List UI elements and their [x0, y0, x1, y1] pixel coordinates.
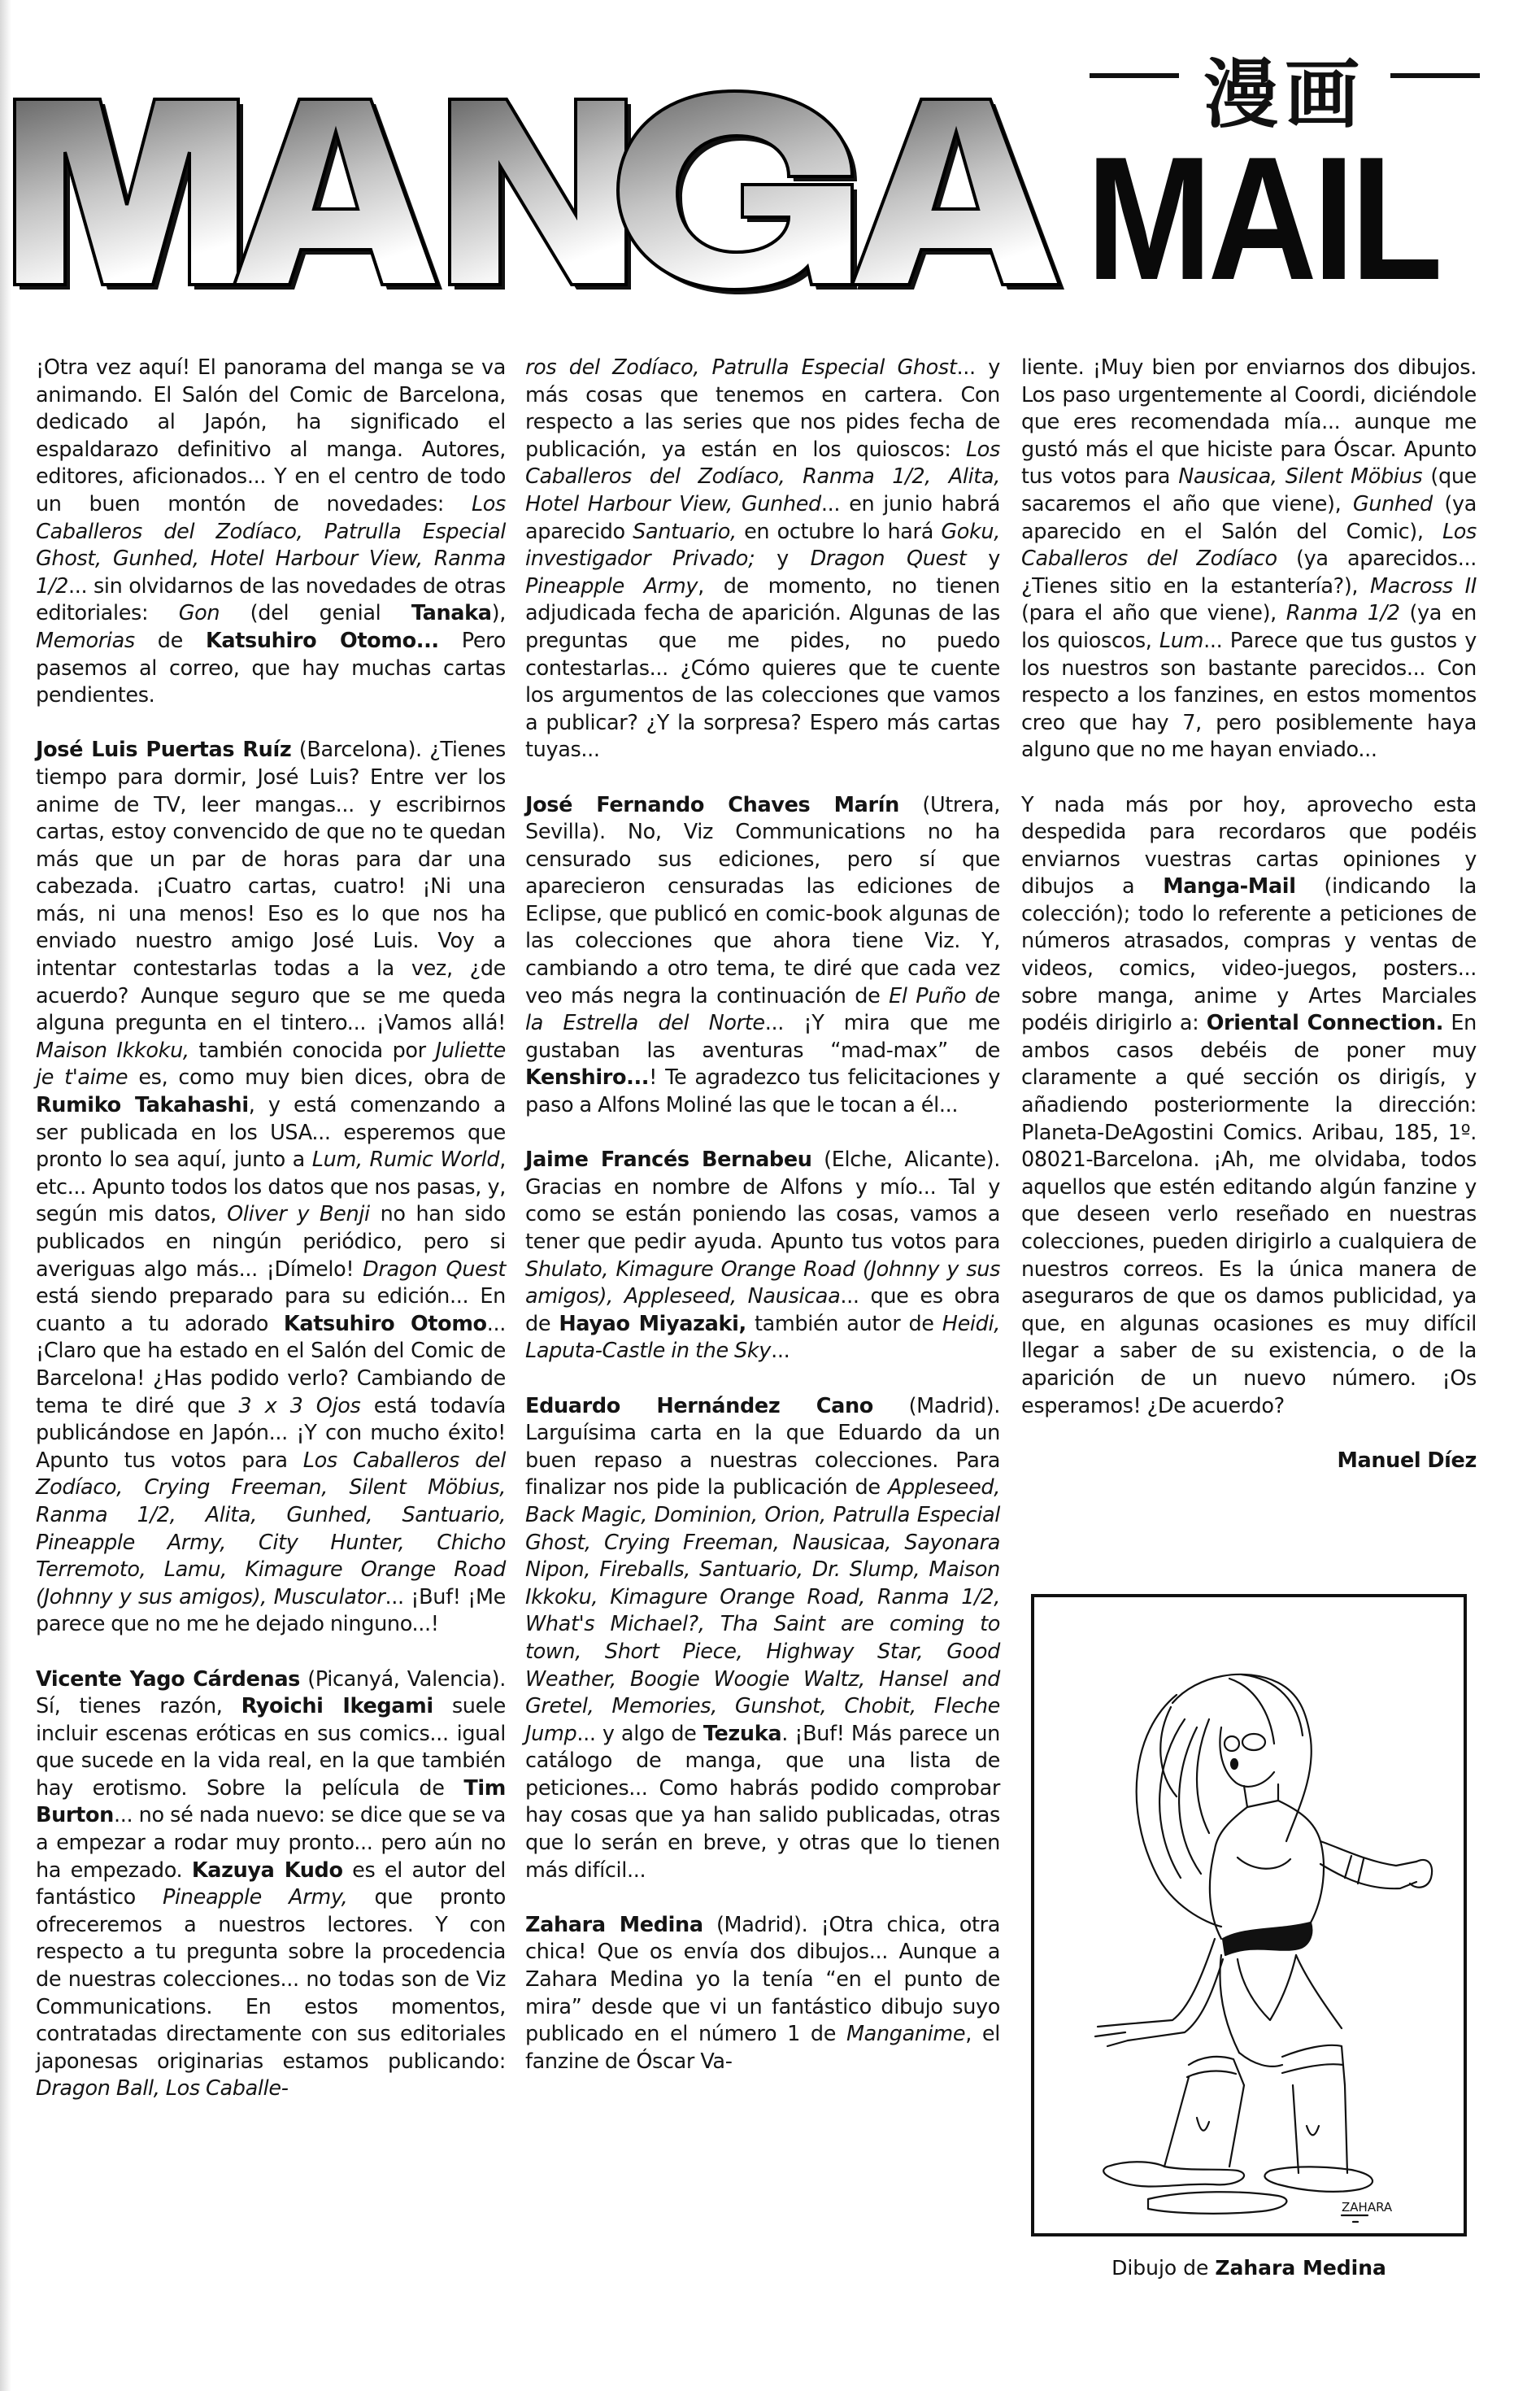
italic-title: Pineapple Army: [525, 574, 698, 599]
bold-name: Kazuya Kudo: [192, 1858, 343, 1883]
caption-artist-name: Zahara Medina: [1215, 2256, 1386, 2280]
reader-drawing: ZAHARA: [1031, 1594, 1467, 2236]
body-text: es, como muy bien dices, obra de: [128, 1065, 506, 1090]
body-text: (para el año que viene),: [1021, 601, 1286, 625]
body-text: ...: [771, 1339, 790, 1363]
italic-title: Nausicaa, Silent Möbius: [1178, 464, 1422, 489]
scan-edge-shadow: [0, 0, 11, 2391]
italic-title: Appleseed, Back Magic, Dominion, Orion, …: [525, 1475, 1000, 1745]
bold-name: Eduardo Hernández Cano: [525, 1394, 873, 1418]
column-3: liente. ¡Muy bien por enviarnos dos dibu…: [1021, 355, 1477, 1502]
column-1: ¡Otra vez aquí! El panorama del manga se…: [36, 355, 506, 2131]
author-signature: Manuel Díez: [1021, 1448, 1477, 1475]
letter-paragraph: José Fernando Chaves Marín (Utrera, Sevi…: [525, 792, 1000, 1120]
italic-title: ros del Zodíaco, Patrulla Especial Ghost: [525, 355, 957, 380]
manga-title-graphic: MANGA: [7, 75, 1072, 294]
bold-name: José Luis Puertas Ruíz: [36, 738, 291, 762]
body-text: (Utrera, Sevilla). No, Viz Communication…: [525, 793, 1000, 1008]
bold-name: Jaime Francés Bernabeu: [525, 1148, 812, 1172]
bold-name: Tanaka: [411, 601, 492, 625]
bold-name: Zahara Medina: [525, 1913, 703, 1937]
bold-name: Hayao Miyazaki,: [559, 1312, 746, 1336]
bold-name: Vicente Yago Cárdenas: [36, 1667, 300, 1692]
italic-title: Dragon Quest: [811, 547, 967, 571]
intro-paragraph: ¡Otra vez aquí! El panorama del manga se…: [36, 355, 506, 710]
letter-paragraph: Zahara Medina (Madrid). ¡Otra chica, otr…: [525, 1912, 1000, 2076]
bold-name: Katsuhiro Otomo: [284, 1312, 487, 1336]
artist-signature: ZAHARA: [1342, 2200, 1393, 2215]
bold-name: Oriental Connection.: [1207, 1011, 1443, 1035]
mail-title: MAIL: [1086, 137, 1415, 299]
letter-paragraph: José Luis Puertas Ruíz (Barcelona). ¿Tie…: [36, 737, 506, 1639]
letter-paragraph: Vicente Yago Cárdenas (Picanyá, Valencia…: [36, 1666, 506, 2104]
body-text: y: [966, 547, 1000, 571]
body-text: (del genial: [220, 601, 411, 625]
body-text: en octubre lo hará: [737, 520, 942, 544]
manga-halftone-lettering-icon: [7, 75, 1072, 294]
drawing-caption: Dibujo de Zahara Medina: [1031, 2254, 1467, 2282]
continuation-paragraph: liente. ¡Muy bien por enviarnos dos dibu…: [1021, 355, 1477, 764]
italic-title: Macross II: [1370, 574, 1477, 599]
bold-name: José Fernando Chaves Marín: [525, 793, 899, 817]
body-text: ¡Otra vez aquí! El panorama del manga se…: [36, 355, 506, 516]
bold-name: Katsuhiro Otomo...: [206, 629, 439, 653]
body-text: ),: [492, 601, 506, 625]
italic-title: 3 x 3 Ojos: [238, 1394, 360, 1418]
column-2: ros del Zodíaco, Patrulla Especial Ghost…: [525, 355, 1000, 2103]
italic-title: Oliver y Benji: [227, 1202, 370, 1226]
italic-title: Dragon Ball, Los Caballe-: [36, 2076, 289, 2101]
italic-title: Gon: [179, 601, 220, 625]
title-rule-left: [1090, 73, 1179, 78]
body-text: (Barcelona). ¿Tienes tiempo para dormir,…: [36, 738, 506, 1035]
letter-paragraph: Jaime Francés Bernabeu (Elche, Alicante)…: [525, 1147, 1000, 1365]
body-text: también conocida por: [189, 1039, 436, 1063]
italic-title: Maison Ikkoku,: [36, 1039, 189, 1063]
italic-title: Lum, Rumic World: [312, 1148, 499, 1172]
manga-girl-drawing-icon: ZAHARA: [1034, 1597, 1464, 2233]
body-text: ... y algo de: [576, 1722, 703, 1746]
italic-title: Manganime: [846, 2022, 965, 2046]
bold-name: Kenshiro...: [525, 1065, 649, 1090]
closing-paragraph: Y nada más por hoy, aprovecho esta despe…: [1021, 792, 1477, 1421]
italic-title: Memorias: [36, 629, 135, 653]
bold-name: Manga-Mail: [1163, 874, 1295, 899]
letter-paragraph: Eduardo Hernández Cano (Madrid). Larguís…: [525, 1393, 1000, 1885]
title-rule-right: [1390, 73, 1480, 78]
italic-title: Ranma 1/2: [1286, 601, 1400, 625]
masthead: MANGA 漫画 MAIL: [0, 0, 1540, 342]
italic-title: Pineapple Army,: [163, 1885, 347, 1910]
body-text: En ambos casos debéis de poner muy clara…: [1021, 1011, 1477, 1418]
bold-name: Tezuka: [703, 1722, 781, 1746]
caption-prefix: Dibujo de: [1111, 2256, 1215, 2280]
body-text: , de momento, no tienen adjudicada fecha…: [525, 574, 1000, 763]
continuation-paragraph: ros del Zodíaco, Patrulla Especial Ghost…: [525, 355, 1000, 764]
body-text: de: [135, 629, 206, 653]
bold-name: Ryoichi Ikegami: [241, 1694, 433, 1718]
body-text: que pronto ofreceremos a nuestros lector…: [36, 1885, 506, 2074]
body-text: también autor de: [746, 1312, 942, 1336]
italic-title: Gunhed: [1353, 492, 1433, 516]
italic-title: Lum: [1159, 629, 1203, 653]
italic-title: Santuario,: [633, 520, 737, 544]
bold-name: Rumiko Takahashi: [36, 1093, 249, 1117]
body-text: y: [755, 547, 810, 571]
italic-title: Dragon Quest: [363, 1257, 506, 1282]
